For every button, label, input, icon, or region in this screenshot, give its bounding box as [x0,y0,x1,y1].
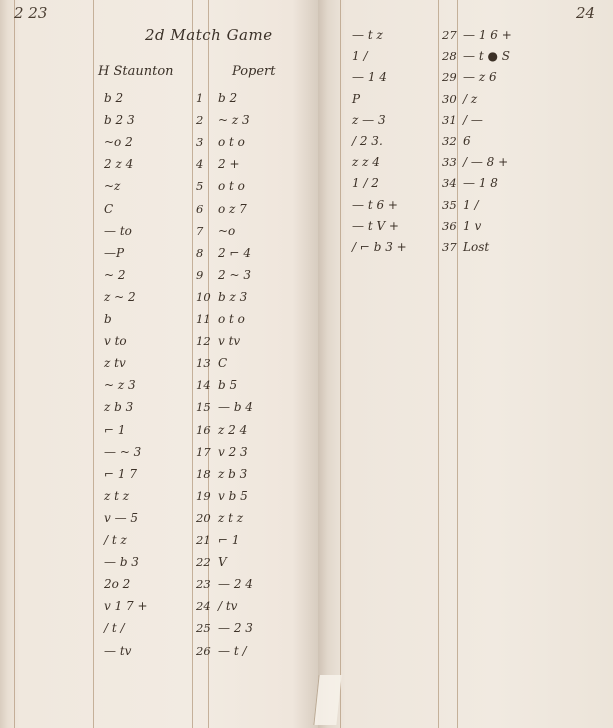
white-move: z t z [104,489,129,503]
move-number: 2 [196,113,203,127]
margin-rule [14,0,15,728]
white-move: — t 6 + [352,198,398,212]
white-move: b 2 [104,91,123,105]
move-number: 21 [196,533,211,547]
black-move: — b 4 [218,400,253,414]
move-number: 29 [442,70,457,84]
column-rule [93,0,94,728]
move-number: 15 [196,400,211,414]
white-move: ~o 2 [104,135,133,149]
move-number: 10 [196,290,211,304]
white-move: — b 3 [104,555,139,569]
black-move: o z 7 [218,202,247,216]
white-move: z — 3 [352,113,386,127]
black-move: ~o [218,224,235,238]
black-move: 1 v [463,219,481,233]
white-move: / 2 3. [352,134,383,148]
white-move: z z 4 [352,155,380,169]
black-move: 2 + [218,157,240,171]
black-move: o t o [218,135,245,149]
column-rule [438,0,439,728]
black-move: / tv [218,599,237,613]
white-move: / t / [104,621,125,635]
move-number: 30 [442,92,457,106]
black-move: b 2 [218,91,237,105]
black-move: z b 3 [218,467,247,481]
move-number: 23 [196,577,211,591]
white-move: — tv [104,644,131,658]
move-number: 13 [196,356,211,370]
column-rule [340,0,341,728]
black-move: v b 5 [218,489,248,503]
black-move: b z 3 [218,290,247,304]
black-move: / — [463,113,483,127]
black-move: — t ● S [463,49,510,63]
white-move: ⌐ 1 7 [104,467,137,481]
move-number: 12 [196,334,211,348]
black-move: 6 [463,134,471,148]
move-number: 35 [442,198,457,212]
white-move: / t z [104,533,127,547]
black-move: — 1 8 [463,176,498,190]
white-move: v to [104,334,127,348]
white-move: ⌐ 1 [104,423,126,437]
white-move: 2o 2 [104,577,130,591]
move-number: 22 [196,555,211,569]
black-move: 2 ⌐ 4 [218,246,251,260]
page-number: 2 23 [14,4,47,22]
black-move: 2 ~ 3 [218,268,251,282]
move-number: 36 [442,219,457,233]
left-page: 2 23 2d Match Game H Staunton Popert b 2… [0,0,318,728]
white-move: — t V + [352,219,399,233]
move-number: 19 [196,489,211,503]
white-move: — to [104,224,132,238]
black-move: ⌐ 1 [218,533,240,547]
move-number: 25 [196,621,211,635]
move-number: 9 [196,268,203,282]
black-move: v tv [218,334,240,348]
move-number: 11 [196,312,211,326]
move-number: 1 [196,91,203,105]
black-player-header: Popert [232,64,276,79]
white-move: z ~ 2 [104,290,136,304]
black-move: C [218,356,227,370]
move-number: 4 [196,157,203,171]
black-move: — z 6 [463,70,497,84]
black-move: — t / [218,644,247,658]
game-title: 2d Match Game [145,26,273,44]
black-move: o t o [218,179,245,193]
move-number: 31 [442,113,457,127]
black-move: / — 8 + [463,155,508,169]
white-player-header: H Staunton [98,64,174,79]
black-move: o t o [218,312,245,326]
white-move: C [104,202,113,216]
move-number: 26 [196,644,211,658]
white-move: b 2 3 [104,113,135,127]
black-move: ~ z 3 [218,113,250,127]
white-move: — 1 4 [352,70,387,84]
move-number: 6 [196,202,203,216]
white-move: — t z [352,28,383,42]
black-move: / z [463,92,477,106]
black-move: 1 / [463,198,479,212]
move-number: 18 [196,467,211,481]
black-move: — 2 3 [218,621,253,635]
column-rule [457,0,458,728]
move-number: 20 [196,511,211,525]
white-move: z b 3 [104,400,133,414]
column-rule [192,0,193,728]
white-move: ~ z 3 [104,378,136,392]
move-number: 16 [196,423,211,437]
move-number: 28 [442,49,457,63]
white-move: / ⌐ b 3 + [352,240,407,254]
black-move: Lost [463,240,489,254]
black-move: — 2 4 [218,577,253,591]
move-number: 32 [442,134,457,148]
black-move: v 2 3 [218,445,248,459]
move-number: 27 [442,28,457,42]
move-number: 3 [196,135,203,149]
page-number: 24 [576,4,595,22]
black-move: — 1 6 + [463,28,512,42]
white-move: ~ 2 [104,268,126,282]
white-move: v — 5 [104,511,138,525]
move-number: 14 [196,378,211,392]
white-move: 2 z 4 [104,157,133,171]
white-move: z tv [104,356,126,370]
white-move: P [352,92,360,106]
white-move: —P [104,246,124,260]
black-move: V [218,555,227,569]
move-number: 5 [196,179,203,193]
right-page: 24 — t z27— 1 6 +1 /28— t ● S— 1 429— z … [318,0,613,728]
white-move: 1 / 2 [352,176,379,190]
move-number: 7 [196,224,203,238]
black-move: z 2 4 [218,423,247,437]
white-move: — ~ 3 [104,445,141,459]
white-move: b [104,312,112,326]
black-move: z t z [218,511,243,525]
move-number: 33 [442,155,457,169]
move-number: 17 [196,445,211,459]
move-number: 8 [196,246,203,260]
move-number: 34 [442,176,457,190]
move-number: 24 [196,599,211,613]
move-number: 37 [442,240,457,254]
white-move: v 1 7 + [104,599,148,613]
white-move: 1 / [352,49,368,63]
white-move: ~z [104,179,120,193]
black-move: b 5 [218,378,237,392]
